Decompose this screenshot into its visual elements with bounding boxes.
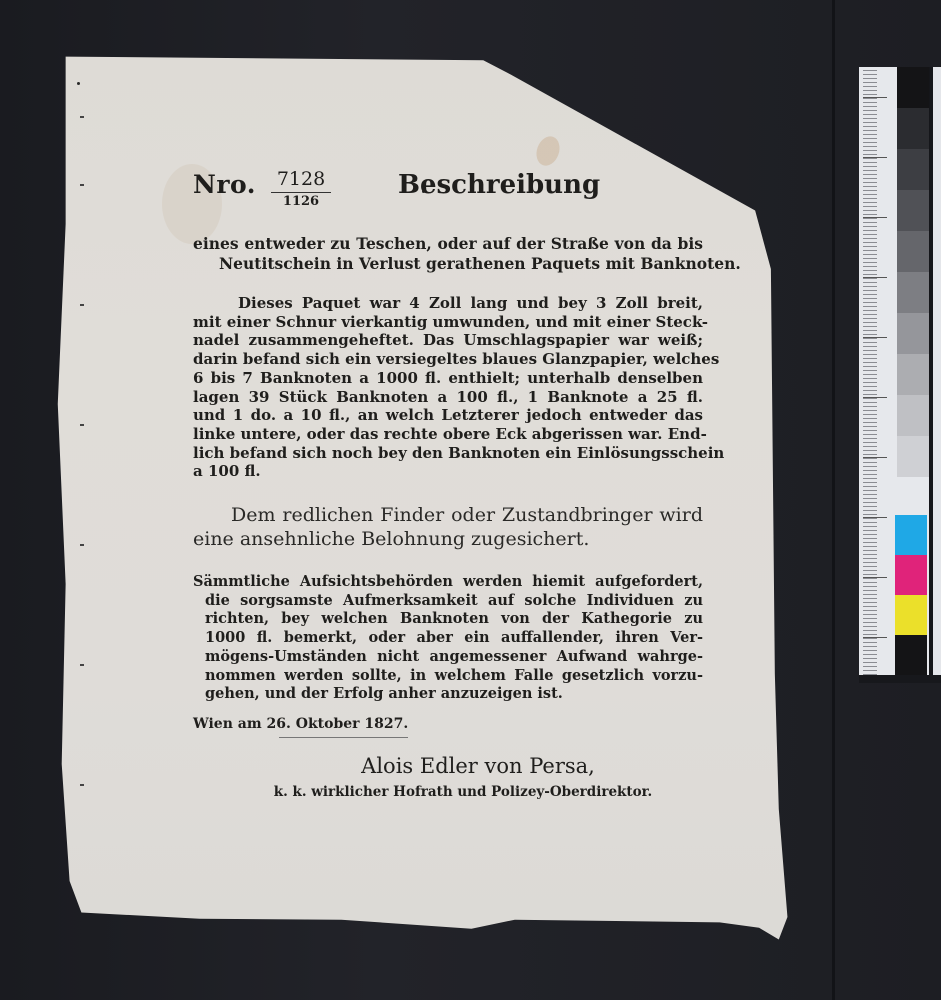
binding-mark xyxy=(80,116,84,118)
ruler-tick xyxy=(863,157,887,158)
text-line: lagen 39 Stück Banknoten a 100 fl., 1 Ba… xyxy=(193,388,703,407)
text-line: Sämmtliche Aufsichtsbehörden werden hiem… xyxy=(193,573,703,592)
text-line: und 1 do. a 10 fl., an welch Letzterer j… xyxy=(193,406,703,425)
text-line: darin befand sich ein versiegeltes blaue… xyxy=(193,350,703,369)
gray-patch xyxy=(897,108,929,149)
text-line: lich befand sich noch bey den Banknoten … xyxy=(193,444,703,463)
ruler-tick xyxy=(863,97,887,98)
text-line: eines entweder zu Teschen, oder auf der … xyxy=(193,234,703,254)
target-side-card xyxy=(933,67,941,675)
gray-patch xyxy=(897,395,929,436)
cyan-patch xyxy=(895,515,927,555)
binding-mark xyxy=(80,184,84,186)
gray-scale-strip xyxy=(897,67,929,675)
text-line: richten, bey welchen Banknoten von der K… xyxy=(193,610,703,629)
ruler-tick xyxy=(863,217,887,218)
gray-patch xyxy=(897,272,929,313)
binding-mark xyxy=(80,664,84,666)
target-base xyxy=(859,675,941,683)
text-line: gehen, und der Erfolg anher anzuzeigen i… xyxy=(193,685,703,704)
gray-patch xyxy=(897,149,929,190)
ruler-tick xyxy=(863,277,887,278)
gray-patch xyxy=(897,354,929,395)
text-line: nommen werden sollte, in welchem Falle g… xyxy=(193,667,703,686)
black-patch xyxy=(895,635,927,675)
document-title: Beschreibung xyxy=(398,170,600,200)
measurement-ruler xyxy=(859,67,897,675)
ruler-tick xyxy=(863,637,887,638)
gray-patch xyxy=(897,190,929,231)
text-line: 1000 fl. bemerkt, oder aber ein auffalle… xyxy=(193,629,703,648)
text-line: Dieses Paquet war 4 Zoll lang und bey 3 … xyxy=(193,294,703,313)
number-denominator: 1126 xyxy=(271,193,331,209)
color-calibration-target xyxy=(859,67,941,675)
text-line: Dem redlichen Finder oder Zustandbringer… xyxy=(193,503,703,527)
ruler-tick xyxy=(863,337,887,338)
gray-patch xyxy=(897,231,929,272)
gray-patch xyxy=(897,67,929,108)
binding-mark xyxy=(80,784,84,786)
authorities-notice: Sämmtliche Aufsichtsbehörden werden hiem… xyxy=(193,573,703,704)
signatory-title: k. k. wirklicher Hofrath und Polizey-Obe… xyxy=(193,784,703,800)
paper-stain xyxy=(533,133,564,169)
document-header: Nro. 7128 1126 Beschreibung xyxy=(193,168,703,220)
ruler-tick xyxy=(863,457,887,458)
backdrop-seam xyxy=(832,0,835,1000)
number-numerator: 7128 xyxy=(271,168,331,193)
text-line: die sorgsamste Aufmerksamkeit auf solche… xyxy=(193,592,703,611)
ruler-tick xyxy=(863,397,887,398)
yellow-patch xyxy=(895,595,927,635)
text-line: mögens-Umständen nicht angemessener Aufw… xyxy=(193,648,703,667)
text-line: a 100 fl. xyxy=(193,462,703,481)
gray-patch xyxy=(897,436,929,477)
text-line: 6 bis 7 Banknoten a 1000 fl. enthielt; u… xyxy=(193,369,703,388)
ruler-tick xyxy=(863,517,887,518)
binding-mark xyxy=(80,304,84,306)
signature: Alois Edler von Persa, xyxy=(193,754,703,778)
magenta-patch xyxy=(895,555,927,595)
document-text: Nro. 7128 1126 Beschreibung eines entwed… xyxy=(193,168,703,800)
binding-mark xyxy=(80,424,84,426)
text-line: mit einer Schnur vierkantig umwunden, un… xyxy=(193,313,703,332)
number-prefix: Nro. xyxy=(193,170,256,199)
description-paragraph: Dieses Paquet war 4 Zoll lang und bey 3 … xyxy=(193,294,703,481)
ruler-tick xyxy=(863,577,887,578)
text-line: eine ansehnliche Belohnung zugesichert. xyxy=(193,527,703,551)
text-line: nadel zusammengeheftet. Das Umschlagspap… xyxy=(193,331,703,350)
document-number: 7128 1126 xyxy=(271,168,331,209)
text-line: Neutitschein in Verlust gerathenen Paque… xyxy=(193,254,703,274)
binding-mark xyxy=(80,544,84,546)
date-line: Wien am 26. Oktober 1827. xyxy=(193,716,408,732)
reward-announcement: Dem redlichen Finder oder Zustandbringer… xyxy=(193,503,703,551)
intro-paragraph: eines entweder zu Teschen, oder auf der … xyxy=(193,234,703,274)
paper-speck xyxy=(77,82,80,85)
gray-patch xyxy=(897,313,929,354)
text-line: linke untere, oder das rechte obere Eck … xyxy=(193,425,703,444)
